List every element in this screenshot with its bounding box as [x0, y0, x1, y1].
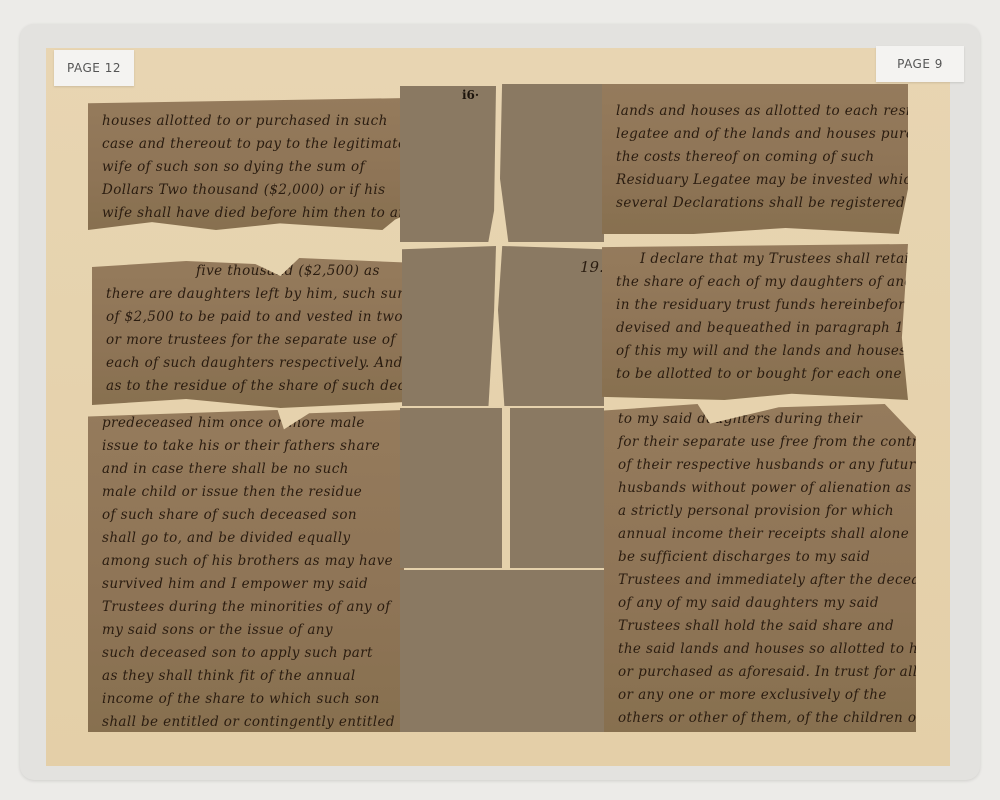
- left-block1-text: houses allotted to or purchased in such …: [88, 98, 408, 225]
- center-strip-top-right: [500, 84, 604, 242]
- right-block3-text: to my said daughters during their for th…: [604, 404, 916, 730]
- center-strip-mid-left: [402, 246, 496, 406]
- left-page-top-fragment: houses allotted to or purchased in such …: [88, 98, 408, 230]
- right-page-middle-fragment: I declare that my Trustees shall retain …: [602, 244, 908, 400]
- left-block3-text: predeceased him once or more male issue …: [88, 410, 404, 732]
- page-label-right: PAGE 9: [876, 46, 964, 82]
- right-page-lower-fragment: to my said daughters during their for th…: [604, 404, 916, 732]
- center-strip-bottom-left: [400, 570, 502, 732]
- center-strip-bottom-right: [502, 570, 604, 732]
- page-label-left: PAGE 12: [54, 50, 134, 86]
- center-strip-low-left: [400, 408, 502, 568]
- right-block1-text: lands and houses as allotted to each res…: [602, 84, 908, 215]
- center-strip-top-left: [400, 86, 496, 242]
- right-page-top-fragment: lands and houses as allotted to each res…: [602, 84, 908, 234]
- center-strip-low-right: [510, 408, 604, 568]
- paragraph-number: 19.: [580, 258, 604, 276]
- left-page-middle-fragment: five thousand ($2,500) as there are daug…: [92, 258, 406, 408]
- left-block2-text: five thousand ($2,500) as there are daug…: [92, 258, 406, 398]
- right-block2-text: I declare that my Trustees shall retain …: [602, 244, 908, 386]
- folio-mark: i6·: [462, 88, 479, 102]
- left-page-lower-fragment: predeceased him once or more male issue …: [88, 410, 404, 732]
